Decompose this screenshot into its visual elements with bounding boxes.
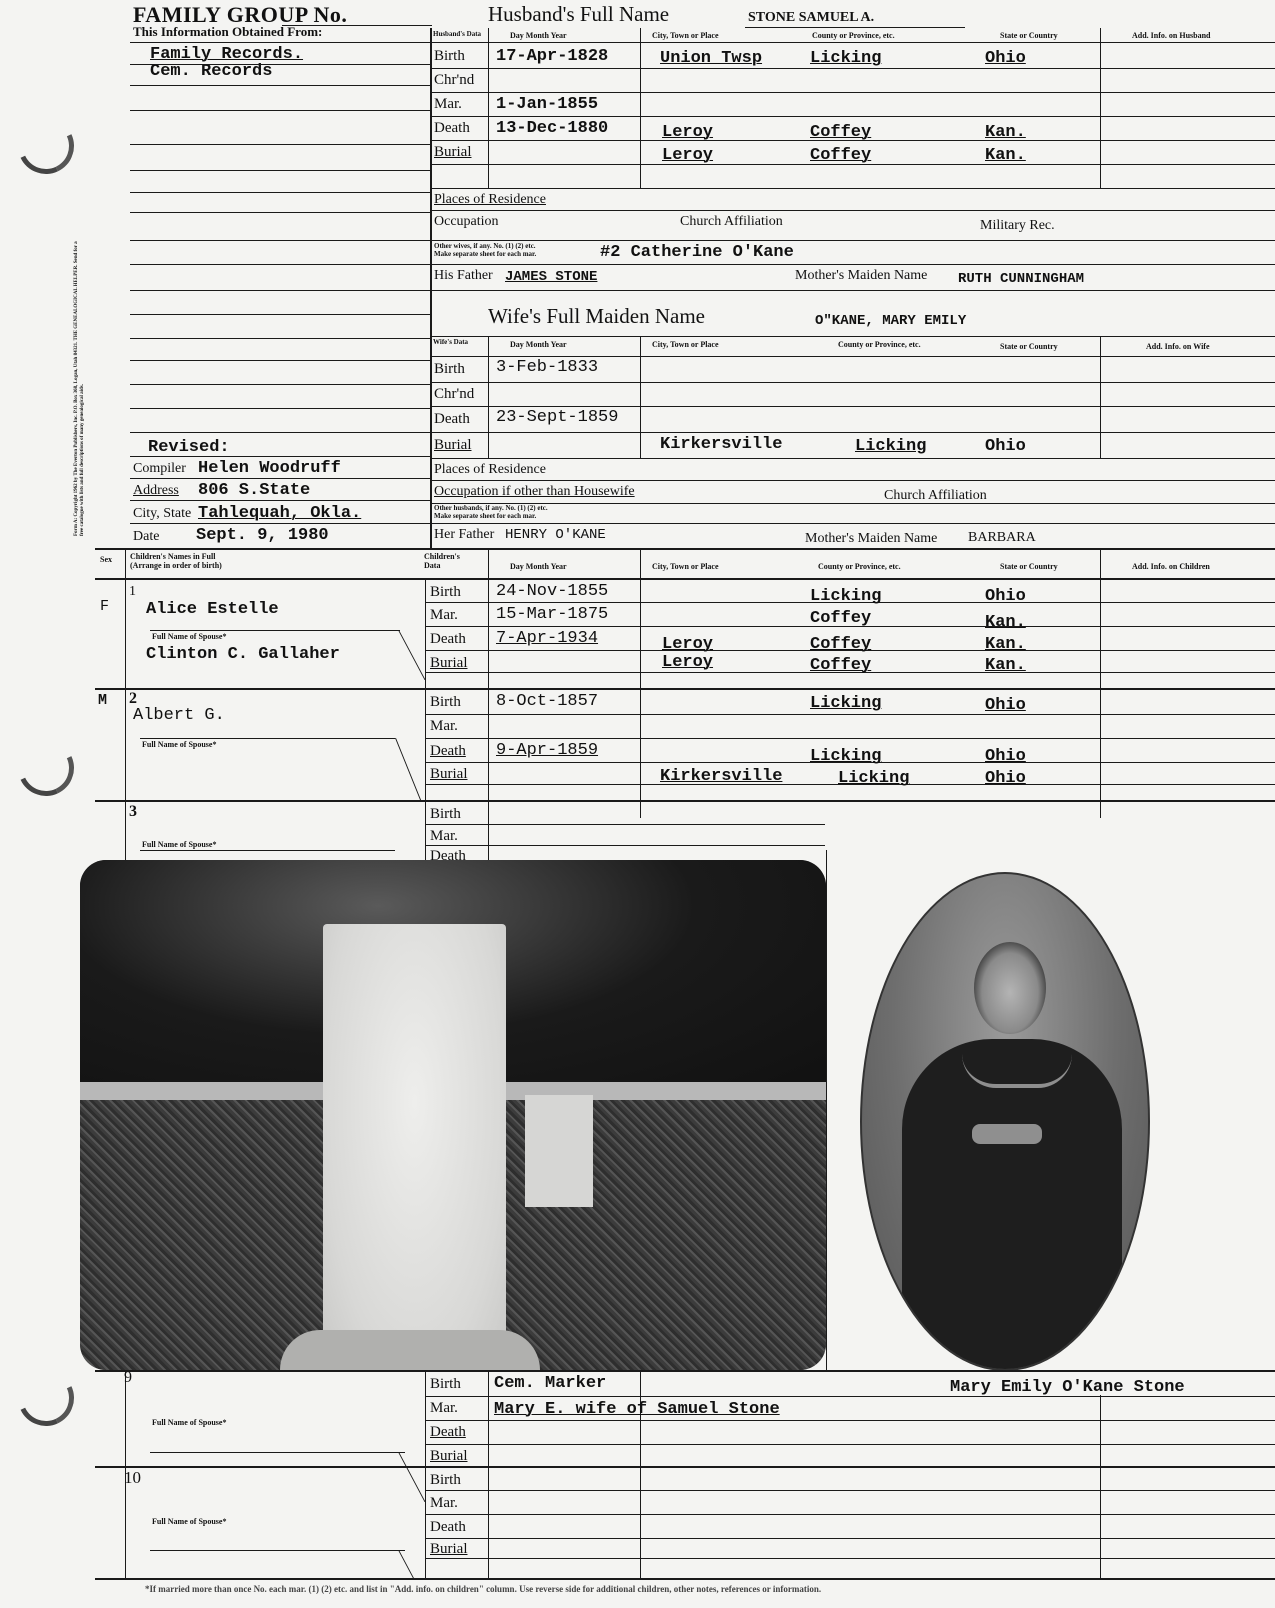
spouse-box-slant	[398, 630, 426, 680]
wife-col-county: County or Province, etc.	[838, 340, 921, 349]
wife-burial-place: Kirkersville	[660, 435, 782, 454]
child-number: 9	[124, 1369, 132, 1387]
child-event-place: Leroy	[662, 635, 713, 654]
spouse-box-slant	[398, 1452, 426, 1502]
copyright-side-note: Form A: Copyright 1962 by The Everton Pu…	[74, 236, 86, 536]
children-col-data: Children's Data	[424, 552, 469, 570]
child-event-state: Ohio	[985, 747, 1026, 766]
wife-event-label: Burial	[434, 437, 472, 454]
spouse-label: Full Name of Spouse*	[142, 740, 216, 749]
child-event-label: Birth	[430, 1376, 461, 1393]
child-event-place: Kirkersville	[660, 767, 782, 786]
wife-col-place: City, Town or Place	[652, 340, 719, 349]
husband-col-county: County or Province, etc.	[812, 31, 895, 40]
wife-burial-county: Licking	[855, 437, 926, 456]
portrait-hands	[972, 1124, 1042, 1144]
city-state-label: City, State	[133, 506, 191, 522]
child-event-state: Kan.	[985, 635, 1026, 654]
child-event-county: Coffey	[810, 635, 871, 654]
wife-event-label: Birth	[434, 361, 465, 378]
children-col-county: County or Province, etc.	[818, 562, 901, 571]
info-source-label: This Information Obtained From:	[133, 24, 322, 40]
binder-hole-middle	[10, 732, 82, 804]
wife-burial-state: Ohio	[985, 437, 1026, 456]
husband-data-label: Husband's Data	[433, 30, 483, 38]
child-event-date: 9-Apr-1859	[496, 741, 598, 760]
wife-church-label: Church Affiliation	[884, 488, 987, 504]
photo-caption: Mary Emily O'Kane Stone	[950, 1378, 1185, 1397]
child-number: 10	[124, 1468, 141, 1488]
binder-hole-bottom	[10, 1362, 82, 1434]
child-spouse: Clinton C. Gallaher	[146, 645, 340, 664]
husband-col-info: Add. Info. on Husband	[1132, 31, 1210, 40]
child-event-county: Licking	[838, 769, 909, 788]
wife-col-date: Day Month Year	[510, 340, 567, 349]
portrait-photo	[860, 872, 1150, 1371]
husband-death-county: Coffey	[810, 123, 871, 142]
child-event-label: Burial	[430, 655, 468, 672]
child-event-state: Ohio	[985, 769, 1026, 788]
child-name: Albert G.	[133, 706, 225, 725]
child-event-label: Death	[430, 1519, 466, 1536]
compiler-value: Helen Woodruff	[198, 459, 341, 478]
husband-residence-label: Places of Residence	[434, 192, 546, 208]
husband-event-label: Birth	[434, 48, 465, 65]
spouse-label: Full Name of Spouse*	[152, 1517, 226, 1526]
child-event-label: Death	[430, 743, 466, 760]
husband-occupation-label: Occupation	[434, 214, 499, 230]
child-event-state: Kan.	[985, 656, 1026, 675]
wife-event-label: Chr'nd	[434, 386, 474, 403]
spouse-box-slant	[398, 1550, 415, 1580]
husband-burial-county: Coffey	[810, 146, 871, 165]
husband-event-label: Death	[434, 120, 470, 137]
city-state-value: Tahlequah, Okla.	[198, 504, 361, 523]
wife-col-state: State or Country	[1000, 342, 1058, 351]
child-event-state: Ohio	[985, 696, 1026, 715]
child-event-date: 24-Nov-1855	[496, 582, 608, 601]
husband-birth-state: Ohio	[985, 49, 1026, 68]
his-father-label: His Father	[434, 268, 493, 284]
her-father-label: Her Father	[434, 527, 494, 543]
wife-col-info: Add. Info. on Wife	[1146, 342, 1210, 351]
his-father-value: JAMES STONE	[505, 269, 597, 285]
other-wives-label: Other wives, if any. No. (1) (2) etc. Ma…	[434, 242, 536, 258]
her-mother-label: Mother's Maiden Name	[805, 531, 937, 547]
children-col-state: State or Country	[1000, 562, 1058, 571]
husband-event-label: Chr'nd	[434, 72, 474, 89]
cem-marker-inscription: Mary E. wife of Samuel Stone	[494, 1400, 780, 1419]
child-event-state: Kan.	[985, 613, 1026, 632]
husband-col-state: State or Country	[1000, 31, 1058, 40]
husband-col-place: City, Town or Place	[652, 31, 719, 40]
wife-event-label: Death	[434, 411, 470, 428]
husband-marriage-date: 1-Jan-1855	[496, 95, 598, 114]
child-event-label: Death	[430, 1424, 466, 1441]
child-number: 3	[129, 803, 137, 821]
spouse-label: Full Name of Spouse*	[142, 840, 216, 849]
child-event-label: Birth	[430, 694, 461, 711]
his-mother-value: RUTH CUNNINGHAM	[958, 271, 1084, 287]
wife-death-date: 23-Sept-1859	[496, 408, 618, 427]
footnote: *If married more than once No. each mar.…	[145, 1584, 821, 1594]
husband-col-date: Day Month Year	[510, 31, 567, 40]
child-event-county: Coffey	[810, 609, 871, 628]
child-event-state: Ohio	[985, 587, 1026, 606]
wife-name-value: O"KANE, MARY EMILY	[815, 313, 966, 329]
child-event-label: Birth	[430, 1472, 461, 1489]
portrait-collar	[962, 1054, 1072, 1088]
stone-base	[280, 1330, 540, 1370]
child-event-label: Burial	[430, 1541, 468, 1558]
child-event-label: Mar.	[430, 718, 458, 735]
child-event-date: 8-Oct-1857	[496, 692, 598, 711]
spouse-label: Full Name of Spouse*	[152, 1418, 226, 1427]
husband-death-place: Leroy	[662, 123, 713, 142]
husband-name-value: STONE SAMUEL A.	[748, 10, 874, 26]
compiler-label: Compiler	[133, 461, 186, 477]
children-col-names-1: Children's Names in Full	[130, 552, 215, 561]
child-event-label: Birth	[430, 806, 461, 823]
husband-name-label: Husband's Full Name	[488, 2, 669, 27]
binder-hole-top	[10, 110, 82, 182]
child-number: 1	[129, 584, 136, 600]
child-event-date: 15-Mar-1875	[496, 605, 608, 624]
husband-event-label: Burial	[434, 144, 472, 161]
children-col-info: Add. Info. on Children	[1132, 562, 1210, 571]
other-wives-value: #2 Catherine O'Kane	[600, 243, 794, 262]
address-label: Address	[133, 483, 179, 499]
children-col-sex: Sex	[100, 555, 112, 564]
date-label: Date	[133, 529, 159, 545]
children-col-place: City, Town or Place	[652, 562, 719, 571]
child-event-label: Birth	[430, 584, 461, 601]
her-father-value: HENRY O'KANE	[505, 527, 606, 543]
child-event-label: Mar.	[430, 1400, 458, 1417]
child-event-label: Mar.	[430, 607, 458, 624]
spouse-label: Full Name of Spouse*	[152, 632, 226, 641]
husband-burial-place: Leroy	[662, 146, 713, 165]
child-event-county: Licking	[810, 694, 881, 713]
child-sex: M	[98, 692, 107, 709]
child-event-label: Mar.	[430, 1495, 458, 1512]
child-event-county: Licking	[810, 747, 881, 766]
gravestone-photo	[80, 860, 826, 1370]
children-col-names-2: (Arrange in order of birth)	[130, 561, 222, 570]
cem-marker-label: Cem. Marker	[494, 1374, 606, 1393]
child-sex: F	[100, 598, 109, 615]
husband-burial-state: Kan.	[985, 146, 1026, 165]
wife-residence-label: Places of Residence	[434, 462, 546, 478]
husband-event-label: Mar.	[434, 96, 462, 113]
wife-occupation-label: Occupation if other than Housewife	[434, 484, 635, 500]
wife-name-label: Wife's Full Maiden Name	[488, 304, 705, 329]
husband-death-date: 13-Dec-1880	[496, 119, 608, 138]
date-value: Sept. 9, 1980	[196, 526, 329, 545]
wife-data-label: Wife's Data	[433, 338, 483, 346]
gravestone	[323, 924, 506, 1370]
child-name: Alice Estelle	[146, 600, 279, 619]
husband-birth-date: 17-Apr-1828	[496, 47, 608, 66]
husband-death-state: Kan.	[985, 123, 1026, 142]
children-col-date: Day Month Year	[510, 562, 567, 571]
husband-birth-place: Union Twsp	[660, 49, 762, 68]
husband-military-label: Military Rec.	[980, 218, 1055, 234]
child-event-date: 7-Apr-1934	[496, 629, 598, 648]
spouse-box-slant	[395, 738, 421, 800]
wife-birth-date: 3-Feb-1833	[496, 358, 598, 377]
child-event-place: Leroy	[662, 653, 713, 672]
husband-church-label: Church Affiliation	[680, 214, 783, 230]
child-event-county: Coffey	[810, 656, 871, 675]
portrait-head	[974, 942, 1046, 1034]
her-mother-value: BARBARA	[968, 530, 1036, 546]
revised-label: Revised:	[148, 438, 230, 457]
portrait-dress	[902, 1039, 1122, 1371]
address-value: 806 S.State	[198, 481, 310, 500]
other-husbands-label: Other husbands, if any. No. (1) (2) etc.…	[434, 504, 548, 520]
child-event-label: Death	[430, 631, 466, 648]
husband-birth-county: Licking	[810, 49, 881, 68]
child-event-county: Licking	[810, 587, 881, 606]
his-mother-label: Mother's Maiden Name	[795, 268, 927, 284]
child-event-label: Burial	[430, 766, 468, 783]
child-event-label: Burial	[430, 1448, 468, 1465]
small-marker-stone	[525, 1095, 593, 1207]
child-event-label: Mar.	[430, 828, 458, 845]
